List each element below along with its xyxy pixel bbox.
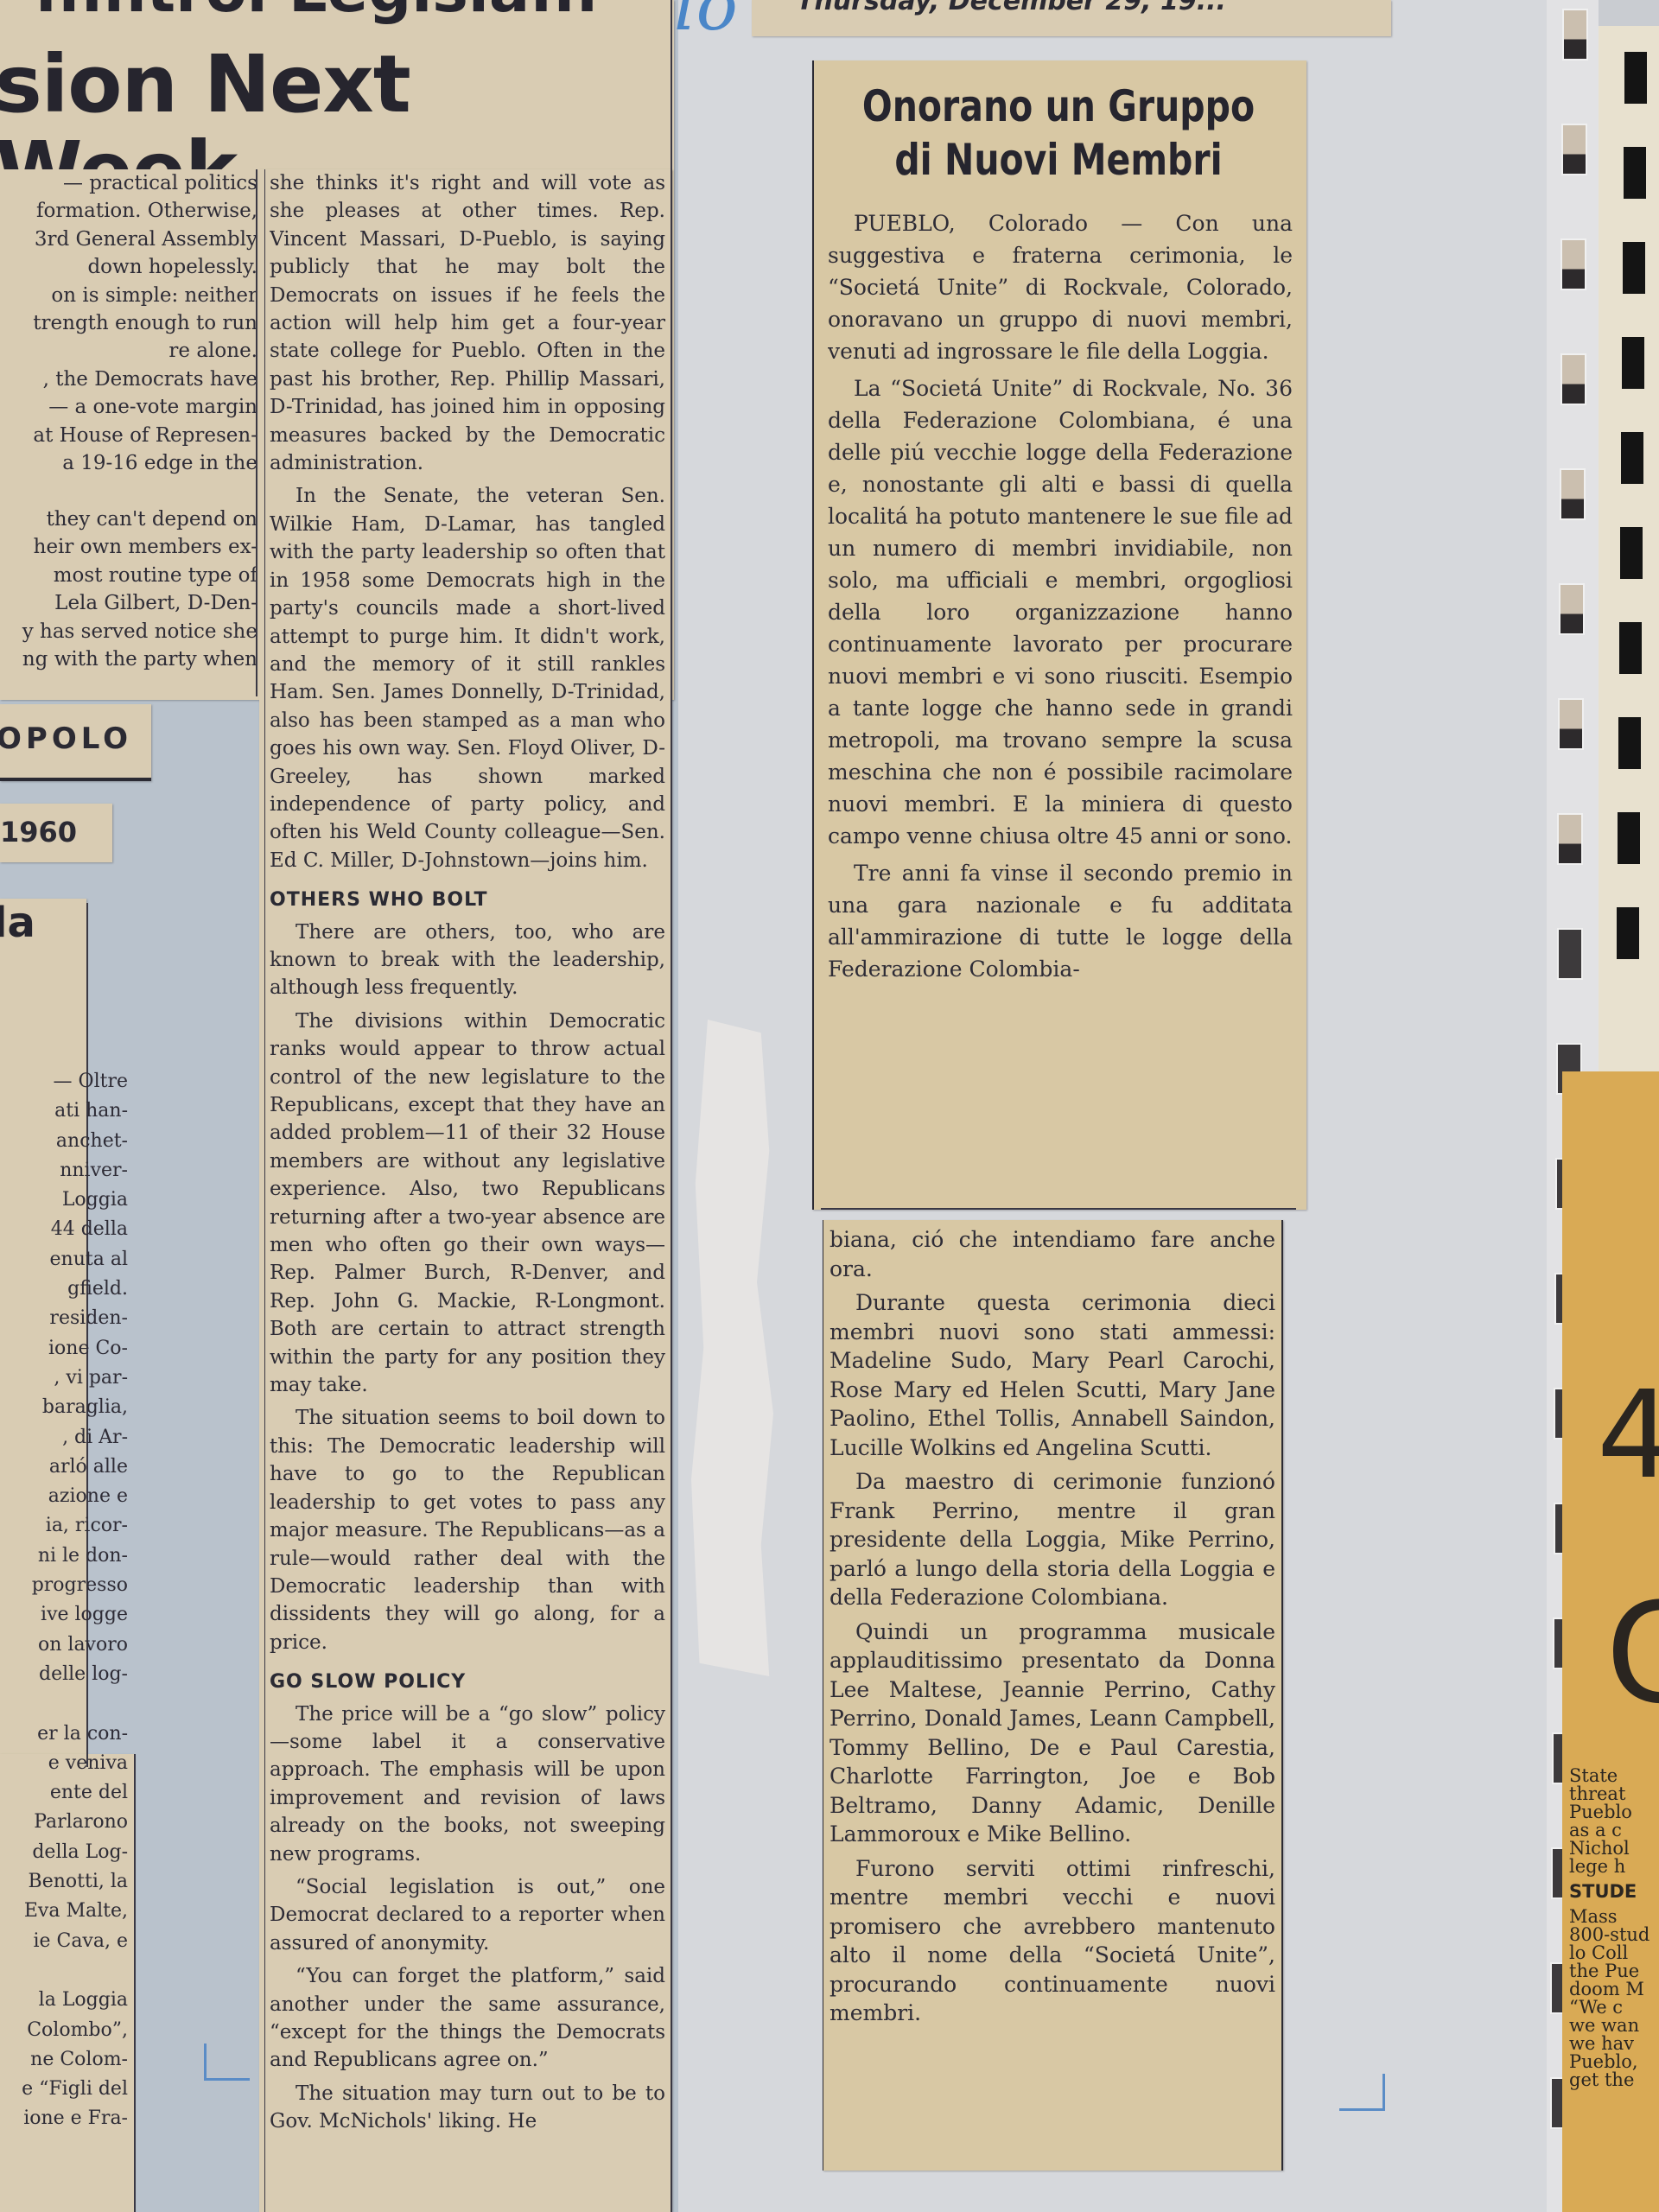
text-line: get the — [1569, 2071, 1659, 2089]
binder-mark — [1622, 337, 1644, 389]
article-column-2: she thinks it's right and will vote as s… — [270, 169, 665, 2212]
paragraph: Durante questa cerimonia dieci membri nu… — [829, 1288, 1275, 1462]
text-line: ione e Fra- — [0, 2104, 128, 2133]
text-line: trength enough to run — [0, 309, 257, 337]
text-line: — practical politics — [0, 169, 257, 197]
text-line: — a one-vote margin — [0, 393, 257, 421]
text-line: a 19-16 edge in the — [0, 449, 257, 477]
binder-mark — [1618, 812, 1640, 864]
text-line: , the Democrats have — [0, 365, 257, 393]
text-line: , vi par- — [0, 1363, 128, 1393]
text-line: ie Cava, e — [0, 1927, 128, 1956]
text-line: Benotti, la — [0, 1867, 128, 1897]
punched-hole — [1560, 238, 1586, 290]
pen-corner-mark — [204, 2044, 250, 2081]
orange-subhead: STUDE — [1569, 1883, 1659, 1901]
column-rule-right — [671, 0, 672, 2212]
binder-mark — [1624, 52, 1647, 104]
text-line: ente del — [0, 1778, 128, 1808]
text-line: Pueblo, — [1569, 2053, 1659, 2071]
punched-hole — [1562, 9, 1588, 60]
text-line: er la con- — [0, 1719, 128, 1749]
tape-residue — [691, 1020, 773, 1676]
binder-mark — [1624, 147, 1646, 199]
text-line — [0, 1956, 128, 1986]
orange-clipping-big-glyph: 4 — [1597, 1365, 1659, 1506]
text-line: as a c — [1569, 1821, 1659, 1840]
text-line: Parlarono — [0, 1808, 128, 1837]
clipping-border — [134, 1754, 136, 2212]
text-line: e veniva — [0, 1749, 128, 1778]
binder-mark — [1623, 242, 1645, 294]
text-line: ng with the party when — [0, 645, 257, 673]
text-line: gfield. — [0, 1274, 128, 1304]
text-line: ni le don- — [0, 1541, 128, 1571]
italian-fragment-text: — Oltreati han-anchet-nniver-Loggia44 de… — [0, 1067, 128, 2212]
text-line: formation. Otherwise, — [0, 197, 257, 225]
text-line: we hav — [1569, 2035, 1659, 2053]
text-line: at House of Represen- — [0, 422, 257, 449]
column-rule-left — [264, 169, 265, 2212]
text-line: most routine type of — [0, 562, 257, 589]
orange-clipping-text: StatethreatPuebloas a cNichollege hSTUDE… — [1569, 1767, 1659, 2199]
paragraph: La “Societá Unite” di Rockvale, No. 36 d… — [828, 372, 1293, 852]
text-line: 3rd General Assembly — [0, 226, 257, 253]
paragraph: The price will be a “go slow” policy—som… — [270, 1700, 665, 1868]
text-line: re alone. — [0, 337, 257, 365]
text-line: residen- — [0, 1304, 128, 1333]
paragraph: Tre anni fa vinse il secondo premio in u… — [828, 857, 1293, 985]
text-line: baraglia, — [0, 1393, 128, 1422]
date-year: 1960 — [0, 816, 77, 849]
column-rule — [256, 169, 257, 696]
text-line: , di Ar- — [0, 1423, 128, 1452]
text-line: e “Figli del — [0, 2075, 128, 2104]
paragraph: In the Senate, the veteran Sen. Wilkie H… — [270, 482, 665, 874]
text-line: azione e — [0, 1482, 128, 1511]
subhead-others-who-bolt: OTHERS WHO BOLT — [270, 887, 665, 914]
masthead-fragment: OPOLO — [0, 704, 151, 781]
text-line: nniver- — [0, 1156, 128, 1185]
text-line: Mass — [1569, 1908, 1659, 1926]
main-article-body-part2: biana, ció che intendiamo fare anche ora… — [829, 1225, 1275, 2167]
text-line: Loggia — [0, 1185, 128, 1215]
text-line: enuta al — [0, 1245, 128, 1274]
text-line: ne Colom- — [0, 2045, 128, 2075]
punched-hole — [1560, 353, 1586, 405]
text-line — [0, 477, 257, 505]
text-line: lege h — [1569, 1858, 1659, 1876]
text-line: Eva Malte, — [0, 1897, 128, 1926]
paragraph: Quindi un programma musicale applauditis… — [829, 1618, 1275, 1849]
paragraph: The situation may turn out to be to Gov.… — [270, 2080, 665, 2136]
text-line: delle log- — [0, 1660, 128, 1689]
text-line: ione Co- — [0, 1334, 128, 1363]
text-line: la Loggia — [0, 1986, 128, 2015]
text-line: ati han- — [0, 1096, 128, 1126]
binder-mark — [1621, 432, 1643, 484]
punched-hole — [1559, 583, 1585, 635]
binder-mark — [1620, 527, 1643, 579]
paragraph: PUEBLO, Colorado — Con una suggestiva e … — [828, 207, 1293, 367]
paragraph: “Social legislation is out,” one Democra… — [270, 1873, 665, 1957]
text-line: arló alle — [0, 1452, 128, 1482]
text-line: y has served notice she — [0, 618, 257, 645]
binder-mark — [1618, 717, 1641, 769]
headline-fragment-top: ...ntrol Legisla... — [35, 0, 599, 26]
text-line: the Pue — [1569, 1962, 1659, 1980]
text-line: ive logge — [0, 1600, 128, 1630]
text-line — [0, 1689, 128, 1719]
punched-hole — [1560, 468, 1586, 520]
main-article-bottom-rule — [821, 1208, 1296, 1210]
punched-hole — [1557, 928, 1583, 980]
punched-hole — [1561, 124, 1587, 175]
punched-hole — [1558, 698, 1584, 750]
text-line: 800-stud — [1569, 1926, 1659, 1944]
masthead-text: OPOLO — [0, 721, 132, 756]
headline-line-2: di Nuovi Membri — [860, 133, 1256, 187]
article-column-1: — practical politicsformation. Otherwise… — [0, 169, 257, 688]
text-line: — Oltre — [0, 1067, 128, 1096]
paragraph: she thinks it's right and will vote as s… — [270, 169, 665, 477]
binder-mark — [1619, 622, 1642, 674]
text-line: State — [1569, 1767, 1659, 1785]
subhead-go-slow-policy: GO SLOW POLICY — [270, 1669, 665, 1696]
punched-hole — [1557, 813, 1583, 865]
text-line: on is simple: neither — [0, 282, 257, 309]
text-line: progresso — [0, 1571, 128, 1600]
orange-clipping-big-glyph-2: C — [1605, 1573, 1659, 1734]
paragraph: Da maestro di cerimonie funzionó Frank P… — [829, 1467, 1275, 1612]
pen-corner-mark — [1339, 2074, 1385, 2111]
text-line: della Log- — [0, 1838, 128, 1867]
text-line: Lela Gilbert, D-Den- — [0, 589, 257, 617]
text-line: on lavoro — [0, 1630, 128, 1660]
paragraph: There are others, too, who are known to … — [270, 918, 665, 1002]
text-line: heir own members ex- — [0, 533, 257, 561]
paragraph: Furono serviti ottimi rinfreschi, mentre… — [829, 1854, 1275, 2028]
binder-mark — [1617, 907, 1639, 959]
text-line: we wan — [1569, 2017, 1659, 2035]
paragraph: biana, ció che intendiamo fare anche ora… — [829, 1225, 1275, 1283]
text-line: threat — [1569, 1785, 1659, 1803]
orange-clipping: 4 C StatethreatPuebloas a cNichollege hS… — [1562, 1071, 1659, 2212]
main-article-body-part1: PUEBLO, Colorado — Con una suggestiva e … — [828, 207, 1293, 1201]
text-line: doom M — [1569, 1980, 1659, 1999]
date-fragment: 1960 — [0, 804, 112, 862]
paragraph: The situation seems to boil down to this… — [270, 1404, 665, 1656]
text-line: Colombo”, — [0, 2016, 128, 2045]
date-strip-text: Thursday, December 29, 19... — [797, 0, 1226, 16]
text-line: “We c — [1569, 1999, 1659, 2017]
italian-fragment-headline: la — [0, 899, 35, 947]
text-line: they can't depend on — [0, 505, 257, 533]
text-line: Pueblo — [1569, 1803, 1659, 1821]
text-line: Nichol — [1569, 1840, 1659, 1858]
text-line: anchet- — [0, 1127, 128, 1156]
main-article-headline: Onorano un Gruppo di Nuovi Membri — [860, 79, 1256, 187]
top-date-strip: Thursday, December 29, 19... — [752, 0, 1391, 36]
text-line: lo Coll — [1569, 1944, 1659, 1962]
paragraph: The divisions within Democratic ranks wo… — [270, 1007, 665, 1400]
pen-script-mark: lo — [674, 0, 738, 46]
text-line: 44 della — [0, 1215, 128, 1244]
text-line: ia, ricor- — [0, 1511, 128, 1541]
paragraph: “You can forget the platform,” said anot… — [270, 1962, 665, 2075]
headline-line-1: Onorano un Gruppo — [860, 79, 1256, 133]
text-line: down hopelessly. — [0, 253, 257, 281]
